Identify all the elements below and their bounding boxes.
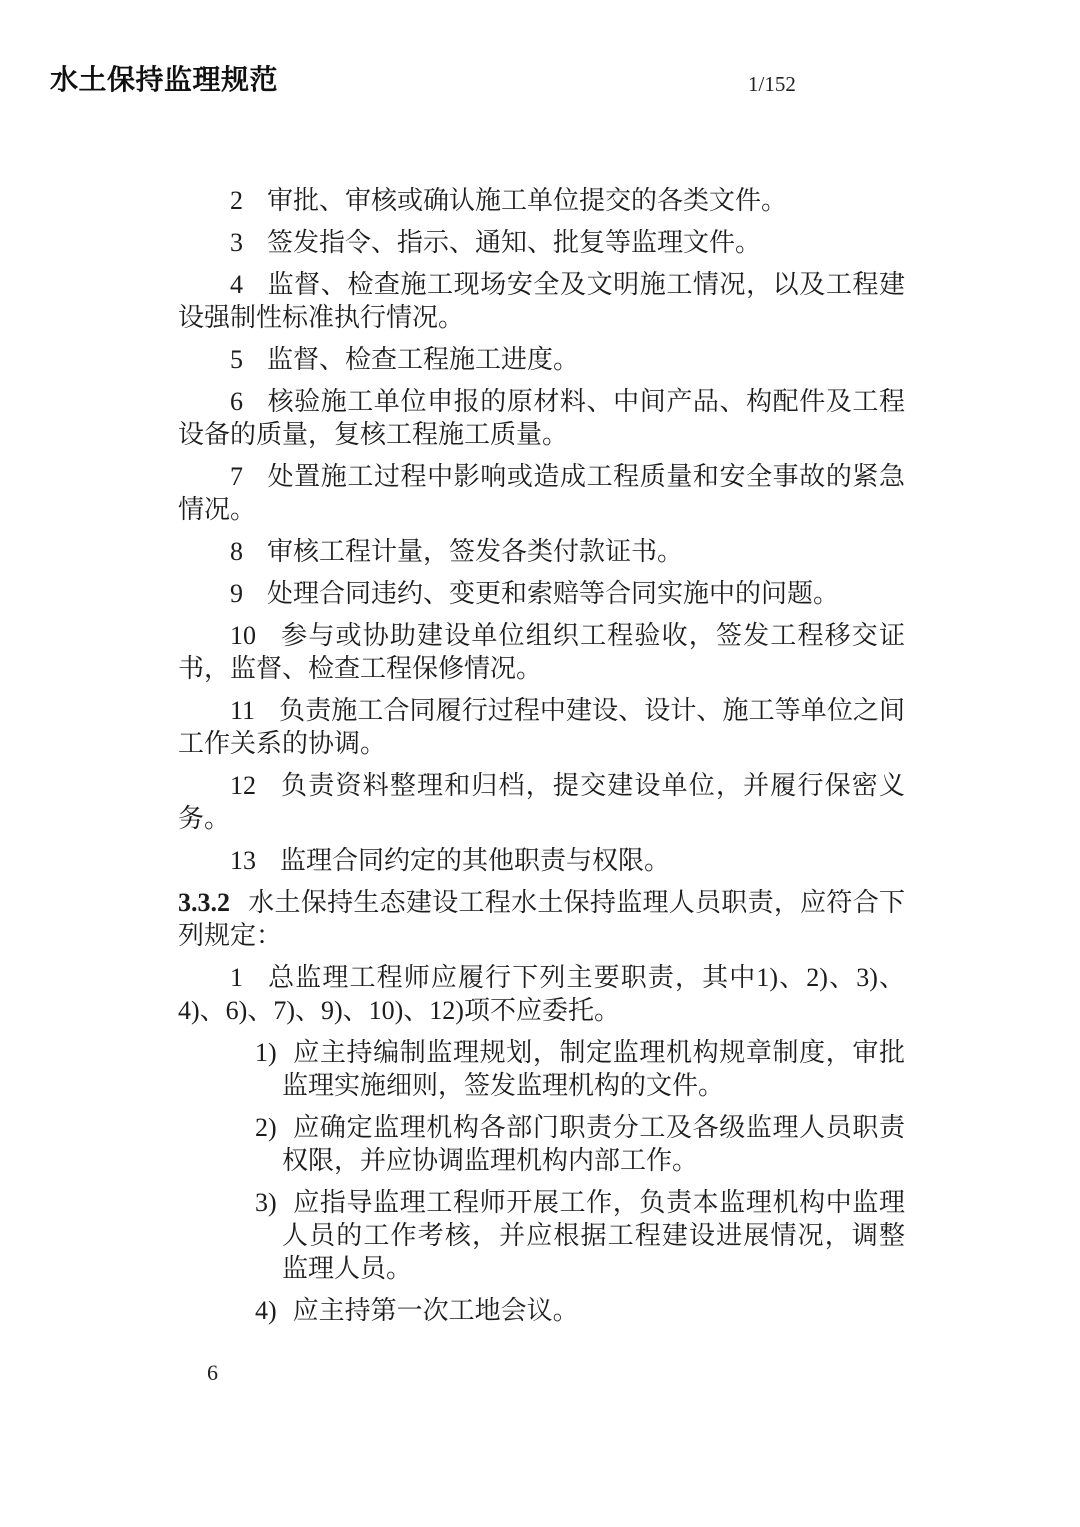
list-item: 10参与或协助建设单位组织工程验收，签发工程移交证书，监督、检查工程保修情况。 — [178, 619, 905, 685]
item-number: 4) — [255, 1296, 277, 1325]
item-text: 应主持编制监理规划，制定监理机构规章制度，审批监理实施细则，签发监理机构的文件。 — [282, 1038, 905, 1100]
item-number: 11 — [230, 696, 255, 725]
item-number: 5 — [230, 345, 243, 374]
item-number: 12 — [230, 771, 256, 800]
sub-list-item: 1)应主持编制监理规划，制定监理机构规章制度，审批监理实施细则，签发监理机构的文… — [282, 1036, 905, 1102]
sub-list-item: 4)应主持第一次工地会议。 — [282, 1294, 905, 1327]
item-text: 应主持第一次工地会议。 — [293, 1296, 579, 1325]
item-number: 3 — [230, 228, 243, 257]
list-item: 3签发指令、指示、通知、批复等监理文件。 — [178, 226, 905, 259]
item-text: 处理合同违约、变更和索赔等合同实施中的问题。 — [267, 579, 839, 608]
item-number: 1) — [255, 1038, 277, 1067]
item-text: 负责资料整理和归档，提交建设单位，并履行保密义务。 — [178, 771, 905, 833]
item-number: 10 — [230, 621, 256, 650]
page-indicator: 1/152 — [748, 72, 796, 96]
document-page: 水土保持监理规范 1/152 2审批、审核或确认施工单位提交的各类文件。3签发指… — [0, 0, 1080, 1527]
item-number: 6 — [230, 387, 243, 416]
item-number: 1 — [230, 963, 243, 992]
list-item: 8审核工程计量，签发各类付款证书。 — [178, 535, 905, 568]
item-text: 核验施工单位申报的原材料、中间产品、构配件及工程设备的质量，复核工程施工质量。 — [178, 387, 905, 449]
item-text: 应指导监理工程师开展工作，负责本监理机构中监理人员的工作考核，并应根据工程建设进… — [282, 1188, 905, 1283]
list-item: 12负责资料整理和归档，提交建设单位，并履行保密义务。 — [178, 769, 905, 835]
item-number: 8 — [230, 537, 243, 566]
list-item: 4监督、检查施工现场安全及文明施工情况，以及工程建设强制性标准执行情况。 — [178, 268, 905, 334]
list-item: 2审批、审核或确认施工单位提交的各类文件。 — [178, 184, 905, 217]
item-text: 监督、检查施工现场安全及文明施工情况，以及工程建设强制性标准执行情况。 — [178, 270, 905, 332]
list-item: 5监督、检查工程施工进度。 — [178, 343, 905, 376]
item-text: 审核工程计量，签发各类付款证书。 — [267, 537, 683, 566]
section-heading: 3.3.2水土保持生态建设工程水土保持监理人员职责，应符合下列规定： — [178, 886, 905, 952]
item-text: 签发指令、指示、通知、批复等监理文件。 — [267, 228, 761, 257]
item-number: 13 — [230, 846, 256, 875]
item-number: 9 — [230, 579, 243, 608]
list-item: 6核验施工单位申报的原材料、中间产品、构配件及工程设备的质量，复核工程施工质量。 — [178, 385, 905, 451]
item-text: 监理合同约定的其他职责与权限。 — [280, 846, 670, 875]
item-text: 处置施工过程中影响或造成工程质量和安全事故的紧急情况。 — [178, 462, 905, 524]
item-number: 2 — [230, 186, 243, 215]
list-item: 13监理合同约定的其他职责与权限。 — [178, 844, 905, 877]
item-text: 监督、检查工程施工进度。 — [267, 345, 579, 374]
item-text: 负责施工合同履行过程中建设、设计、施工等单位之间工作关系的协调。 — [178, 696, 905, 758]
item-number: 7 — [230, 462, 243, 491]
item-text: 水土保持生态建设工程水土保持监理人员职责，应符合下列规定： — [178, 888, 905, 950]
item-number: 3.3.2 — [178, 888, 230, 917]
list-item: 9处理合同违约、变更和索赔等合同实施中的问题。 — [178, 577, 905, 610]
sub-list-item: 2)应确定监理机构各部门职责分工及各级监理人员职责权限，并应协调监理机构内部工作… — [282, 1111, 905, 1177]
document-title: 水土保持监理规范 — [50, 64, 278, 96]
item-text: 应确定监理机构各部门职责分工及各级监理人员职责权限，并应协调监理机构内部工作。 — [282, 1113, 905, 1175]
item-text: 参与或协助建设单位组织工程验收，签发工程移交证书，监督、检查工程保修情况。 — [178, 621, 905, 683]
list-item: 1总监理工程师应履行下列主要职责，其中1)、2)、3)、4)、6)、7)、9)、… — [178, 961, 905, 1027]
page-number: 6 — [207, 1360, 218, 1386]
list-item: 11负责施工合同履行过程中建设、设计、施工等单位之间工作关系的协调。 — [178, 694, 905, 760]
item-text: 总监理工程师应履行下列主要职责，其中1)、2)、3)、4)、6)、7)、9)、1… — [178, 963, 905, 1025]
document-body: 2审批、审核或确认施工单位提交的各类文件。3签发指令、指示、通知、批复等监理文件… — [178, 184, 905, 1336]
item-text: 审批、审核或确认施工单位提交的各类文件。 — [267, 186, 787, 215]
list-item: 7处置施工过程中影响或造成工程质量和安全事故的紧急情况。 — [178, 460, 905, 526]
item-number: 2) — [255, 1113, 277, 1142]
item-number: 4 — [230, 270, 243, 299]
sub-list-item: 3)应指导监理工程师开展工作，负责本监理机构中监理人员的工作考核，并应根据工程建… — [282, 1186, 905, 1285]
item-number: 3) — [255, 1188, 277, 1217]
